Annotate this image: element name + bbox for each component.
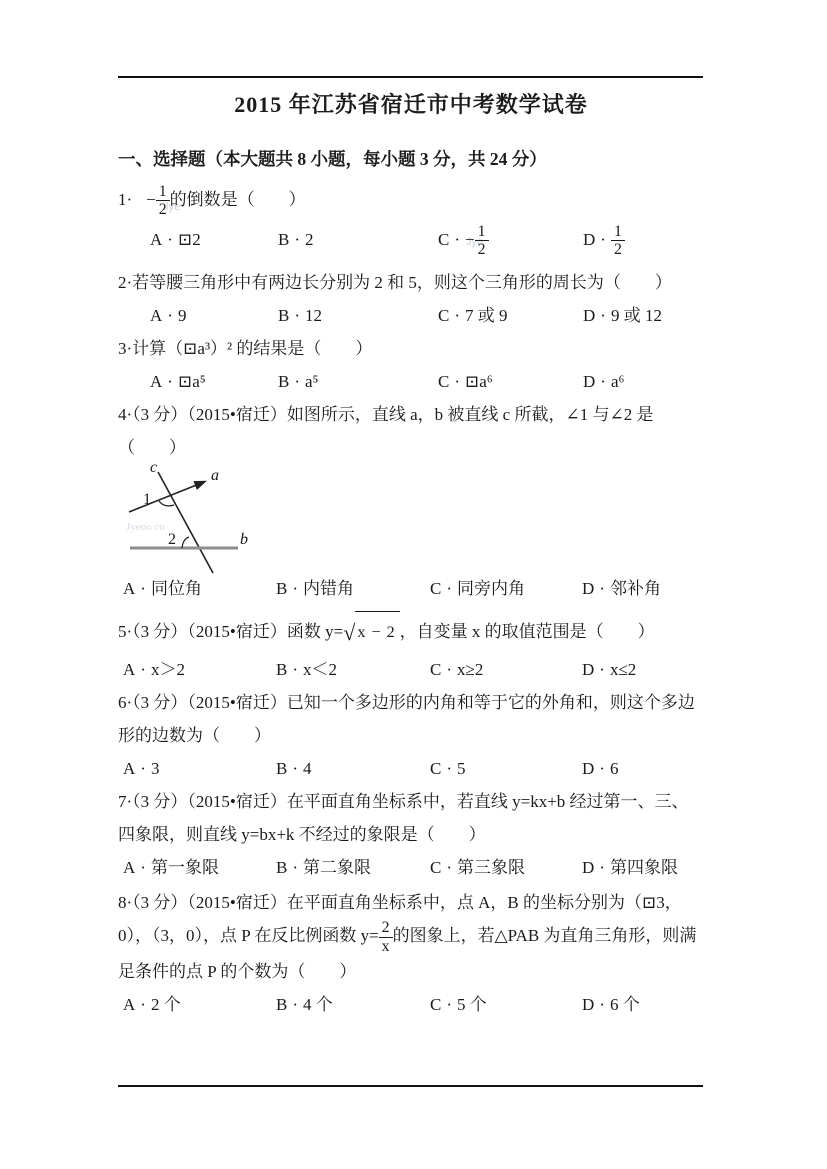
option-d: D·a⁶ bbox=[583, 365, 704, 398]
minus-sign: − bbox=[146, 190, 156, 209]
label-b: b bbox=[240, 531, 248, 548]
watermark: Jyeoo co bbox=[126, 521, 165, 533]
option-a: A·⊡a⁵ bbox=[150, 365, 278, 398]
question-3: 3·计算（⊡a³）² 的结果是（ ） A·⊡a⁵ B·a⁵ C·⊡a⁶ D·a⁶ bbox=[118, 332, 704, 398]
option-d: D·x≤2 bbox=[582, 653, 704, 686]
question-8: 8·（3 分）（2015•宿迁）在平面直角坐标系中，点 A，B 的坐标分别为（⊡… bbox=[118, 886, 704, 1021]
question-1-options: A·⊡2 B·2 C·−12 D·12 bbox=[118, 220, 704, 260]
page-title: 2015 年江苏省宿迁市中考数学试卷 bbox=[118, 88, 704, 122]
option-c: C·x≥2 bbox=[430, 653, 582, 686]
radical-expression: √x − 2 bbox=[343, 611, 399, 653]
option-d: D·第四象限 bbox=[582, 851, 704, 884]
angle-2-arc bbox=[182, 537, 189, 548]
question-1-stem: 1·−12的倒数是（ ） bbox=[118, 180, 704, 220]
option-d: D·12 bbox=[583, 220, 704, 260]
question-6-options: A·3 B·4 C·5 D·6 bbox=[118, 752, 704, 785]
option-a: A·9 bbox=[150, 299, 278, 332]
option-d: D·6 个 bbox=[582, 988, 704, 1021]
option-a: A·第一象限 bbox=[123, 851, 276, 884]
question-3-stem: 3·计算（⊡a³）² 的结果是（ ） bbox=[118, 332, 704, 365]
question-8-options: A·2 个 B·4 个 C·5 个 D·6 个 bbox=[118, 988, 704, 1021]
question-2: 2·若等腰三角形中有两边长分别为 2 和 5，则这个三角形的周长为（ ） A·9… bbox=[118, 266, 704, 332]
question-5-stem: 5·（3 分）（2015•宿迁）函数 y=√x − 2，自变量 x 的取值范围是… bbox=[118, 611, 704, 653]
question-2-options: A·9 B·12 C·7 或 9 D·9 或 12 bbox=[118, 299, 704, 332]
fraction: 2x bbox=[379, 919, 393, 955]
option-a: A·x＞2 bbox=[123, 653, 276, 686]
section-heading: 一、选择题（本大题共 8 小题，每小题 3 分，共 24 分） bbox=[118, 144, 704, 174]
option-b: B·a⁵ bbox=[278, 365, 438, 398]
option-b: B·2 bbox=[278, 220, 438, 260]
fraction: 12 bbox=[611, 223, 625, 259]
option-b: B·4 个 bbox=[276, 988, 430, 1021]
option-a: A·2 个 bbox=[123, 988, 276, 1021]
option-c: C·⊡a⁶ bbox=[438, 365, 583, 398]
question-6-stem: 6·（3 分）（2015•宿迁）已知一个多边形的内角和等于它的外角和，则这个多边… bbox=[118, 686, 704, 752]
angle-1-arc bbox=[159, 501, 174, 506]
exam-page: Jye Jye 2015 年江苏省宿迁市中考数学试卷 一、选择题（本大题共 8 … bbox=[0, 0, 827, 1169]
footer-rule bbox=[118, 1085, 703, 1087]
question-7-stem: 7·（3 分）（2015•宿迁）在平面直角坐标系中，若直线 y=kx+b 经过第… bbox=[118, 785, 704, 851]
option-c: C·同旁内角 bbox=[430, 572, 582, 605]
question-1: 1·−12的倒数是（ ） A·⊡2 B·2 C·−12 D·12 bbox=[118, 180, 704, 260]
header-rule bbox=[118, 76, 703, 78]
question-8-stem: 8·（3 分）（2015•宿迁）在平面直角坐标系中，点 A，B 的坐标分别为（⊡… bbox=[118, 886, 704, 988]
option-c: C·第三象限 bbox=[430, 851, 582, 884]
option-d: D·邻补角 bbox=[582, 572, 704, 605]
question-7-options: A·第一象限 B·第二象限 C·第三象限 D·第四象限 bbox=[118, 851, 704, 884]
option-d: D·6 bbox=[582, 752, 704, 785]
question-3-options: A·⊡a⁵ B·a⁵ C·⊡a⁶ D·a⁶ bbox=[118, 365, 704, 398]
line-c bbox=[158, 472, 213, 573]
question-7: 7·（3 分）（2015•宿迁）在平面直角坐标系中，若直线 y=kx+b 经过第… bbox=[118, 785, 704, 884]
option-b: B·12 bbox=[278, 299, 438, 332]
option-a: A·⊡2 bbox=[150, 220, 278, 260]
question-6: 6·（3 分）（2015•宿迁）已知一个多边形的内角和等于它的外角和，则这个多边… bbox=[118, 686, 704, 785]
option-c: C·5 个 bbox=[430, 988, 582, 1021]
label-c: c bbox=[150, 460, 157, 476]
option-d: D·9 或 12 bbox=[583, 299, 704, 332]
angle-2-label: 2 bbox=[168, 531, 176, 548]
option-b: B·x＜2 bbox=[276, 653, 430, 686]
question-4-stem: 4·（3 分）（2015•宿迁）如图所示，直线 a，b 被直线 c 所截，∠1 … bbox=[118, 398, 704, 464]
option-c: C·5 bbox=[430, 752, 582, 785]
question-2-stem: 2·若等腰三角形中有两边长分别为 2 和 5，则这个三角形的周长为（ ） bbox=[118, 266, 704, 299]
question-5-options: A·x＞2 B·x＜2 C·x≥2 D·x≤2 bbox=[118, 653, 704, 686]
q4-figure: Jyeoo co c a b 1 2 bbox=[118, 460, 308, 580]
option-c: C·7 或 9 bbox=[438, 299, 583, 332]
fraction: 12 bbox=[156, 183, 170, 219]
q4-figure-area: Jyeoo co c a b 1 2 bbox=[118, 460, 704, 568]
option-b: B·第二象限 bbox=[276, 851, 430, 884]
question-5: 5·（3 分）（2015•宿迁）函数 y=√x − 2，自变量 x 的取值范围是… bbox=[118, 611, 704, 686]
question-4: 4·（3 分）（2015•宿迁）如图所示，直线 a，b 被直线 c 所截，∠1 … bbox=[118, 398, 704, 605]
angle-1-label: 1 bbox=[143, 491, 151, 508]
question-number: 1· bbox=[118, 190, 132, 209]
option-b: B·4 bbox=[276, 752, 430, 785]
fraction: 12 bbox=[475, 223, 489, 259]
label-a: a bbox=[211, 467, 219, 484]
option-c: C·−12 bbox=[438, 220, 583, 260]
option-a: A·3 bbox=[123, 752, 276, 785]
